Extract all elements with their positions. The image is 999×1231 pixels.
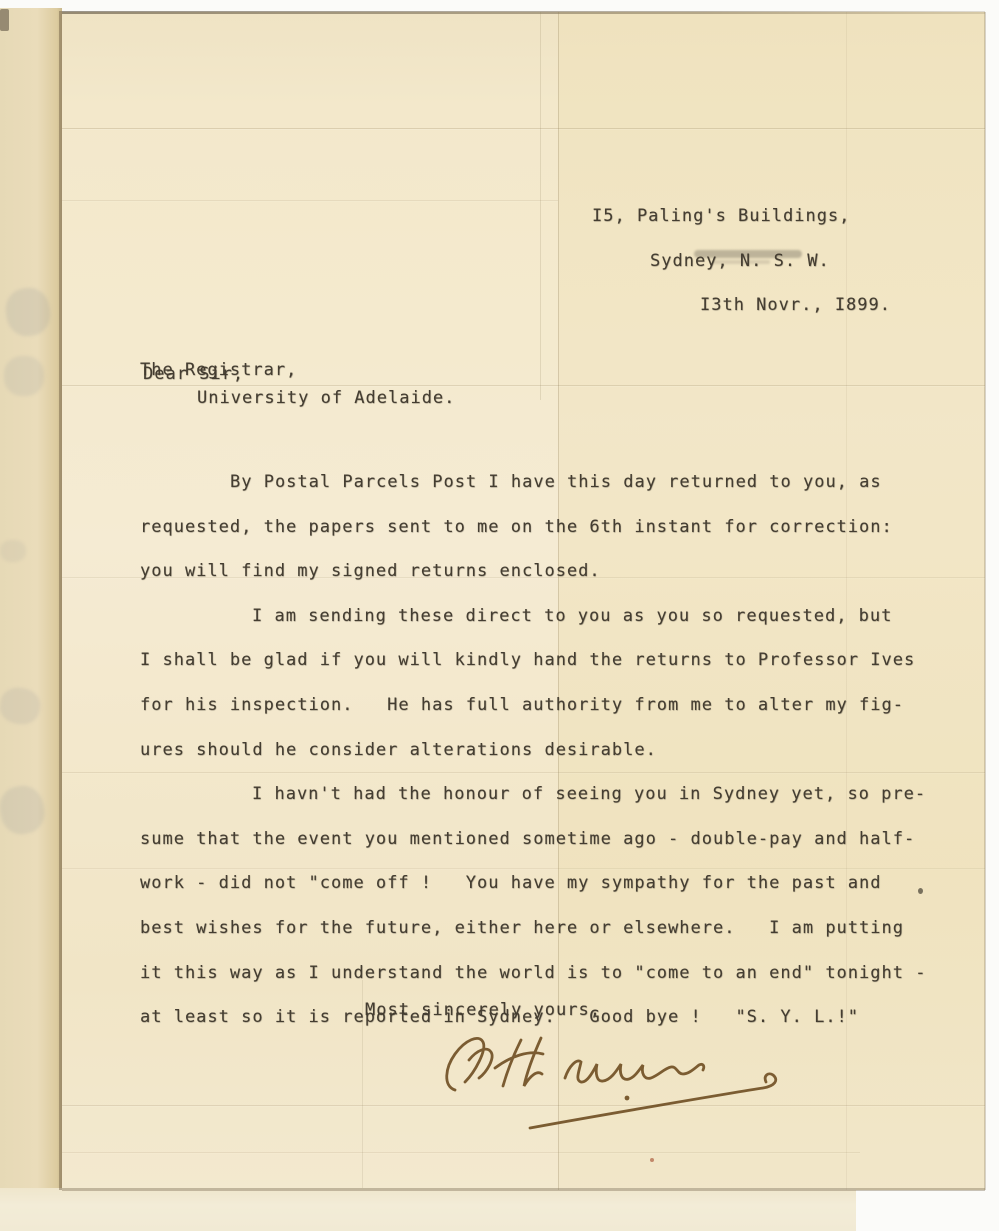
sender-address-block: I5, Paling's Buildings,Sydney, N. S. W.I… [592,134,891,328]
letter-body: By Postal Parcels Post I have this day r… [140,400,926,1040]
paper-left-edge-shadow [59,11,62,1190]
scan-corner-mark [0,9,9,31]
salutation: Dear Sir, [143,360,244,388]
body-line: I shall be glad if you will kindly hand … [140,638,926,683]
underlying-page-bottom-edge [0,1188,856,1231]
body-line: requested, the papers sent to me on the … [140,505,926,550]
show-through-mark [0,540,26,562]
body-line: sume that the event you mentioned someti… [140,817,926,862]
body-line: for his inspection. He has full authorit… [140,683,926,728]
body-line: work - did not "come off ! You have my s… [140,861,926,906]
body-line: I am sending these direct to you as you … [140,594,926,639]
sender-address-line: Sydney, N. S. W. [592,239,891,284]
body-line: best wishes for the future, either here … [140,906,926,951]
fold-crease-vertical [540,12,541,400]
body-line: I havn't had the honour of seeing you in… [140,772,926,817]
body-line: you will find my signed returns enclosed… [140,549,926,594]
paper-right-edge-shadow [984,12,986,1190]
letter-scan: I5, Paling's Buildings,Sydney, N. S. W.I… [0,0,999,1231]
body-line: By Postal Parcels Post I have this day r… [140,460,926,505]
body-line: it this way as I understand the world is… [140,951,926,996]
sender-address-line: I5, Paling's Buildings, [592,194,891,239]
recipient-block: The Registrar,University of Adelaide. [140,296,455,412]
underlying-page-left-edge [0,8,62,1231]
body-line: ures should he consider alterations desi… [140,728,926,773]
show-through-mark [4,356,44,396]
sender-address-line: I3th Novr., I899. [592,283,891,328]
fold-crease-horizontal [62,200,558,201]
signature-handwritten [425,1020,925,1160]
